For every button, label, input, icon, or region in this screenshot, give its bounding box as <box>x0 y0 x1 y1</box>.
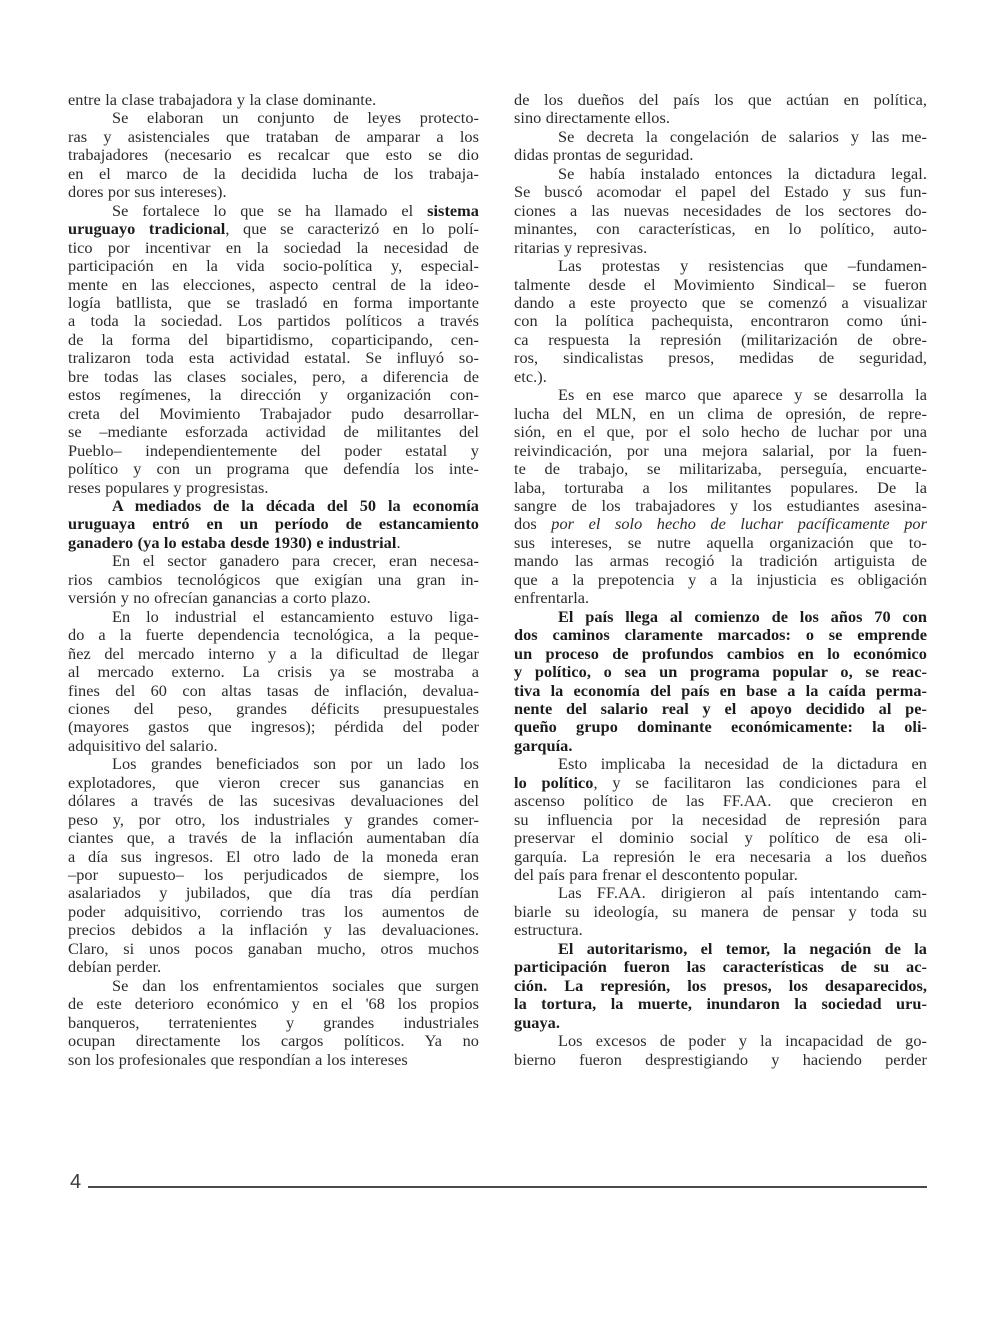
text-line: con la política pachequista, encontraron… <box>514 312 927 330</box>
text-run: lucha del MLN, en un clima de opresión, … <box>514 404 927 423</box>
right-column: de los dueños del país los que actúan en… <box>514 91 927 1069</box>
text-run: adquisitivo del salario. <box>68 736 218 755</box>
text-line: En el sector ganadero para crecer, eran … <box>68 552 479 570</box>
text-line: reses populares y progresistas. <box>68 479 479 497</box>
text-line: didas prontas de seguridad. <box>514 146 927 164</box>
text-line: ca respuesta la represión (militarizació… <box>514 331 927 349</box>
text-run: logía batllista, que se trasladó en form… <box>68 293 479 312</box>
text-run: reses populares y progresistas. <box>68 478 269 497</box>
text-run: ocupan directamente los cargos políticos… <box>68 1031 479 1050</box>
bold-text: y político, o sea un programa popular o,… <box>514 662 927 681</box>
text-line: mando las armas recogió la tradición art… <box>514 552 927 570</box>
paragraph: Se decreta la congelación de salarios y … <box>514 128 927 165</box>
text-run: estos regímenes, la dirección y organiza… <box>68 385 479 404</box>
text-run: do a la fuerte dependencia tecnológica, … <box>68 625 479 644</box>
left-column: entre la clase trabajadora y la clase do… <box>68 91 479 1069</box>
text-run: dores por sus intereses). <box>68 182 227 201</box>
text-line: ras y asistenciales que trataban de ampa… <box>68 128 479 146</box>
text-run: Se buscó acomodar el papel del Estado y … <box>514 182 927 201</box>
text-line: (mayores gastos que ingresos); pérdida d… <box>68 718 479 736</box>
text-line: político y con un programa que defendía … <box>68 460 479 478</box>
bold-text: la tortura, la muerte, inundaron la soci… <box>514 994 927 1013</box>
text-run: se –mediante esforzada actividad de mili… <box>68 422 479 441</box>
text-line: son los profesionales que respondían a l… <box>68 1051 479 1069</box>
text-run: debían perder. <box>68 957 161 976</box>
text-line: participación en la vida socio-política … <box>68 257 479 275</box>
text-run: Se decreta la congelación de salarios y … <box>558 127 927 146</box>
text-line: explotadores, que vieron crecer sus gana… <box>68 774 479 792</box>
text-line: debían perder. <box>68 958 479 976</box>
text-line: sangre de los trabajadores y los estudia… <box>514 497 927 515</box>
text-run: ciones a las nuevas necesidades de los s… <box>514 201 927 220</box>
text-run: dos <box>514 514 551 533</box>
text-line: nente del salario real y el apoyo decidi… <box>514 700 927 718</box>
text-run: creta del Movimiento Trabajador pudo des… <box>68 404 479 423</box>
text-line: dos caminos claramente marcados: o se em… <box>514 626 927 644</box>
text-line: que a la prepotencia y a la injusticia e… <box>514 571 927 589</box>
text-run: peso y, por otro, los industriales y gra… <box>68 810 479 829</box>
text-line: bre todas las clases sociales, pero, a d… <box>68 368 479 386</box>
text-line: ocupan directamente los cargos políticos… <box>68 1032 479 1050</box>
text-line: do a la fuerte dependencia tecnológica, … <box>68 626 479 644</box>
text-line: Las FF.AA. dirigieron al país intentando… <box>514 884 927 902</box>
paragraph: Se había instalado entonces la dictadura… <box>514 165 927 257</box>
bold-text: El país llega al comienzo de los años 70… <box>558 607 927 626</box>
text-run: Se dan los enfrentamientos sociales que … <box>112 976 479 995</box>
text-run: minantes, con características, en lo pol… <box>514 219 927 238</box>
italic-text: por el solo hecho de luchar pacíficament… <box>551 514 927 533</box>
text-run: . <box>396 533 400 552</box>
paragraph: En el sector ganadero para crecer, eran … <box>68 552 479 607</box>
text-line: peso y, por otro, los industriales y gra… <box>68 811 479 829</box>
text-line: estos regímenes, la dirección y organiza… <box>68 386 479 404</box>
text-run: que a la prepotencia y a la injusticia e… <box>514 570 927 589</box>
text-run: mando las armas recogió la tradición art… <box>514 551 927 570</box>
text-line: lucha del MLN, en un clima de opresión, … <box>514 405 927 423</box>
text-line: Los excesos de poder y la incapacidad de… <box>514 1032 927 1050</box>
text-line: dólares a través de las sucesivas devalu… <box>68 792 479 810</box>
text-line: ganadero (ya lo estaba desde 1930) e ind… <box>68 534 479 552</box>
text-run: ca respuesta la represión (militarizació… <box>514 330 927 349</box>
text-line: creta del Movimiento Trabajador pudo des… <box>68 405 479 423</box>
text-run: ras y asistenciales que trataban de ampa… <box>68 127 479 146</box>
text-line: en el marco de la decidida lucha de los … <box>68 165 479 183</box>
text-run: entre la clase trabajadora y la clase do… <box>68 90 376 109</box>
text-run: Los grandes beneficiados son por un lado… <box>112 754 479 773</box>
text-line: al mercado externo. La crisis ya se most… <box>68 663 479 681</box>
text-run: biarle su ideología, su manera de pensar… <box>514 902 927 921</box>
text-line: sión, en el que, por el solo hecho de lu… <box>514 423 927 441</box>
text-line: El país llega al comienzo de los años 70… <box>514 608 927 626</box>
bold-text: queño grupo dominante económicamente: la… <box>514 717 927 736</box>
text-line: y político, o sea un programa popular o,… <box>514 663 927 681</box>
bold-text: ganadero (ya lo estaba desde 1930) e ind… <box>68 533 396 552</box>
text-run: etc.). <box>514 367 547 386</box>
text-line: ciantes que, a través de la inflación au… <box>68 829 479 847</box>
text-line: dos por el solo hecho de luchar pacífica… <box>514 515 927 533</box>
bold-text: uruguayo tradicional <box>68 219 225 238</box>
text-run: –por supuesto– los perjudicados de siemp… <box>68 865 479 884</box>
text-line: entre la clase trabajadora y la clase do… <box>68 91 479 109</box>
text-line: uruguaya entró en un período de estancam… <box>68 515 479 533</box>
text-run: En lo industrial el estancamiento estuvo… <box>112 607 479 626</box>
text-run: trabajadores (necesario es recalcar que … <box>68 145 479 164</box>
text-line: garquía. <box>514 737 927 755</box>
text-line: rios cambios tecnológicos que exigían un… <box>68 571 479 589</box>
text-run: banqueros, terratenientes y grandes indu… <box>68 1013 479 1032</box>
paragraph: El país llega al comienzo de los años 70… <box>514 608 927 756</box>
text-run: ritarias y represivas. <box>514 238 647 257</box>
text-line: la tortura, la muerte, inundaron la soci… <box>514 995 927 1013</box>
text-run: ros, sindicalistas presos, medidas de se… <box>514 348 927 367</box>
text-line: Se había instalado entonces la dictadura… <box>514 165 927 183</box>
text-run: tico por incentivar en la sociedad la ne… <box>68 238 479 257</box>
text-run: , y se facilitaron las condiciones para … <box>594 773 928 792</box>
text-run: Se elaboran un conjunto de leyes protect… <box>112 108 479 127</box>
paragraph: Es en ese marco que aparece y se desarro… <box>514 386 927 607</box>
text-run: Pueblo– independientemente del poder est… <box>68 441 479 460</box>
text-line: ciones a las nuevas necesidades de los s… <box>514 202 927 220</box>
text-line: minantes, con características, en lo pol… <box>514 220 927 238</box>
paragraph: Las FF.AA. dirigieron al país intentando… <box>514 884 927 939</box>
text-line: uruguayo tradicional, que se caracterizó… <box>68 220 479 238</box>
text-run: dólares a través de las sucesivas devalu… <box>68 791 479 810</box>
text-run: En el sector ganadero para crecer, eran … <box>112 551 479 570</box>
text-run: de los dueños del país los que actúan en… <box>514 90 927 109</box>
text-line: ritarias y represivas. <box>514 239 927 257</box>
text-run: bierno fueron desprestigiando y haciendo… <box>514 1050 927 1069</box>
text-line: A mediados de la década del 50 la econom… <box>68 497 479 515</box>
text-run: de este deterioro económico y en el '68 … <box>68 994 479 1013</box>
text-line: precios debidos a la inflación y las dev… <box>68 921 479 939</box>
text-line: lo político, y se facilitaron las condic… <box>514 774 927 792</box>
page-number: 4 <box>70 1171 81 1194</box>
text-run: preservar el dominio social y político d… <box>514 828 927 847</box>
text-line: banqueros, terratenientes y grandes indu… <box>68 1014 479 1032</box>
paragraph: Se fortalece lo que se ha llamado el sis… <box>68 202 479 497</box>
text-run: con la política pachequista, encontraron… <box>514 311 927 330</box>
text-run: reivindicación, por una mejora salarial,… <box>514 441 927 460</box>
text-run: Se había instalado entonces la dictadura… <box>558 164 927 183</box>
text-line: tiva la economía del país en base a la c… <box>514 682 927 700</box>
text-run: Las protestas y resistencias que –fundam… <box>558 256 927 275</box>
text-run: Esto implicaba la necesidad de la dictad… <box>558 754 927 773</box>
text-line: un proceso de profundos cambios en lo ec… <box>514 645 927 663</box>
text-line: ñez del mercado interno y a la dificulta… <box>68 645 479 663</box>
text-run: rios cambios tecnológicos que exigían un… <box>68 570 479 589</box>
text-line: trabajadores (necesario es recalcar que … <box>68 146 479 164</box>
text-line: preservar el dominio social y político d… <box>514 829 927 847</box>
text-line: ción. La represión, los presos, los desa… <box>514 977 927 995</box>
text-run: sangre de los trabajadores y los estudia… <box>514 496 927 515</box>
bold-text: nente del salario real y el apoyo decidi… <box>514 699 927 718</box>
paragraph: El autoritarismo, el temor, la negación … <box>514 940 927 1032</box>
text-line: biarle su ideología, su manera de pensar… <box>514 903 927 921</box>
bold-text: sistema <box>427 201 479 220</box>
text-run: Claro, si unos pocos ganaban mucho, otro… <box>68 939 479 958</box>
text-run: versión y no ofrecían ganancias a corto … <box>68 588 371 607</box>
text-run: a toda la sociedad. Los partidos polític… <box>68 311 479 330</box>
text-line: a toda la sociedad. Los partidos polític… <box>68 312 479 330</box>
text-line: sus intereses, se nutre aquella organiza… <box>514 534 927 552</box>
text-line: Los grandes beneficiados son por un lado… <box>68 755 479 773</box>
text-run: de la forma del bipartidismo, coparticip… <box>68 330 479 349</box>
text-line: mente en las elecciones, aspecto central… <box>68 276 479 294</box>
text-line: Se decreta la congelación de salarios y … <box>514 128 927 146</box>
bold-text: un proceso de profundos cambios en lo ec… <box>514 644 927 663</box>
text-run: Los excesos de poder y la incapacidad de… <box>558 1031 927 1050</box>
text-run: explotadores, que vieron crecer sus gana… <box>68 773 479 792</box>
text-line: poder adquisitivo, corriendo tras los au… <box>68 903 479 921</box>
text-run: fines del 60 con altas tasas de inflació… <box>68 681 479 700</box>
bold-text: dos caminos claramente marcados: o se em… <box>514 625 927 644</box>
text-line: estructura. <box>514 921 927 939</box>
text-run: mente en las elecciones, aspecto central… <box>68 275 479 294</box>
text-line: ciones del peso, grandes déficits presup… <box>68 700 479 718</box>
text-line: guaya. <box>514 1014 927 1032</box>
text-run: a día sus ingresos. El otro lado de la m… <box>68 847 479 866</box>
text-run: asalariados y jubilados, que día tras dí… <box>68 883 479 902</box>
text-run: del país para frenar el descontento popu… <box>514 865 798 884</box>
text-line: dando a este proyecto que se comenzó a v… <box>514 294 927 312</box>
text-run: sus intereses, se nutre aquella organiza… <box>514 533 927 552</box>
text-run: en el marco de la decidida lucha de los … <box>68 164 479 183</box>
text-run: ciantes que, a través de la inflación au… <box>68 828 479 847</box>
bold-text: garquía. <box>514 736 572 755</box>
text-line: Claro, si unos pocos ganaban mucho, otro… <box>68 940 479 958</box>
text-line: su influencia por la necesidad de repres… <box>514 811 927 829</box>
bold-text: tiva la economía del país en base a la c… <box>514 681 927 700</box>
text-line: En lo industrial el estancamiento estuvo… <box>68 608 479 626</box>
text-run: son los profesionales que respondían a l… <box>68 1050 408 1069</box>
bold-text: uruguaya entró en un período de estancam… <box>68 514 479 533</box>
text-line: de este deterioro económico y en el '68 … <box>68 995 479 1013</box>
text-run: su influencia por la necesidad de repres… <box>514 810 927 829</box>
text-line: El autoritarismo, el temor, la negación … <box>514 940 927 958</box>
text-line: garquía. La represión le era necesaria a… <box>514 848 927 866</box>
text-line: reivindicación, por una mejora salarial,… <box>514 442 927 460</box>
text-run: laba, torturaba a los militantes popular… <box>514 478 927 497</box>
text-line: Pueblo– independientemente del poder est… <box>68 442 479 460</box>
text-run: ascenso político de las FF.AA. que creci… <box>514 791 927 810</box>
bold-text: guaya. <box>514 1013 560 1032</box>
text-run: sión, en el que, por el solo hecho de lu… <box>514 422 927 441</box>
document-page: entre la clase trabajadora y la clase do… <box>0 0 981 1342</box>
paragraph: Los excesos de poder y la incapacidad de… <box>514 1032 927 1069</box>
text-line: talmente desde el Movimiento Sindical– s… <box>514 276 927 294</box>
text-line: tralizaron toda esta actividad estatal. … <box>68 349 479 367</box>
text-run: ñez del mercado interno y a la dificulta… <box>68 644 479 663</box>
paragraph: Esto implicaba la necesidad de la dictad… <box>514 755 927 884</box>
text-run: estructura. <box>514 920 583 939</box>
text-line: queño grupo dominante económicamente: la… <box>514 718 927 736</box>
paragraph: Los grandes beneficiados son por un lado… <box>68 755 479 976</box>
bold-text: participación fueron las características… <box>514 957 927 976</box>
text-line: bierno fueron desprestigiando y haciendo… <box>514 1051 927 1069</box>
text-run: te de trabajo, se militarizaba, perseguí… <box>514 459 927 478</box>
paragraph: Se elaboran un conjunto de leyes protect… <box>68 109 479 201</box>
text-run: Es en ese marco que aparece y se desarro… <box>558 385 927 404</box>
text-line: Las protestas y resistencias que –fundam… <box>514 257 927 275</box>
text-line: etc.). <box>514 368 927 386</box>
text-run: garquía. La represión le era necesaria a… <box>514 847 927 866</box>
text-line: Esto implicaba la necesidad de la dictad… <box>514 755 927 773</box>
text-line: te de trabajo, se militarizaba, perseguí… <box>514 460 927 478</box>
text-run: tralizaron toda esta actividad estatal. … <box>68 348 479 367</box>
text-line: de la forma del bipartidismo, coparticip… <box>68 331 479 349</box>
text-run: , que se caracterizó en lo polí- <box>225 219 479 238</box>
text-run: bre todas las clases sociales, pero, a d… <box>68 367 479 386</box>
text-line: del país para frenar el descontento popu… <box>514 866 927 884</box>
bold-text: El autoritarismo, el temor, la negación … <box>558 939 927 958</box>
text-line: versión y no ofrecían ganancias a corto … <box>68 589 479 607</box>
text-run: talmente desde el Movimiento Sindical– s… <box>514 275 927 294</box>
text-run: enfrentarla. <box>514 588 589 607</box>
text-run: ciones del peso, grandes déficits presup… <box>68 699 479 718</box>
text-line: Se fortalece lo que se ha llamado el sis… <box>68 202 479 220</box>
bold-text: lo político <box>514 773 594 792</box>
text-run: poder adquisitivo, corriendo tras los au… <box>68 902 479 921</box>
paragraph: de los dueños del país los que actúan en… <box>514 91 927 128</box>
text-line: dores por sus intereses). <box>68 183 479 201</box>
text-line: se –mediante esforzada actividad de mili… <box>68 423 479 441</box>
text-line: Se dan los enfrentamientos sociales que … <box>68 977 479 995</box>
text-line: ascenso político de las FF.AA. que creci… <box>514 792 927 810</box>
paragraph: Se dan los enfrentamientos sociales que … <box>68 977 479 1069</box>
text-line: laba, torturaba a los militantes popular… <box>514 479 927 497</box>
text-line: –por supuesto– los perjudicados de siemp… <box>68 866 479 884</box>
text-run: Se fortalece lo que se ha llamado el <box>112 201 427 220</box>
text-run: Las FF.AA. dirigieron al país intentando… <box>558 883 927 902</box>
text-line: adquisitivo del salario. <box>68 737 479 755</box>
text-line: enfrentarla. <box>514 589 927 607</box>
text-run: dando a este proyecto que se comenzó a v… <box>514 293 927 312</box>
paragraph: A mediados de la década del 50 la econom… <box>68 497 479 552</box>
paragraph: entre la clase trabajadora y la clase do… <box>68 91 479 109</box>
text-run: (mayores gastos que ingresos); pérdida d… <box>68 717 479 736</box>
text-line: Se buscó acomodar el papel del Estado y … <box>514 183 927 201</box>
text-line: Se elaboran un conjunto de leyes protect… <box>68 109 479 127</box>
text-run: al mercado externo. La crisis ya se most… <box>68 662 479 681</box>
text-line: asalariados y jubilados, que día tras dí… <box>68 884 479 902</box>
text-line: ros, sindicalistas presos, medidas de se… <box>514 349 927 367</box>
text-run: precios debidos a la inflación y las dev… <box>68 920 479 939</box>
paragraph: En lo industrial el estancamiento estuvo… <box>68 608 479 756</box>
text-line: tico por incentivar en la sociedad la ne… <box>68 239 479 257</box>
text-line: de los dueños del país los que actúan en… <box>514 91 927 109</box>
bold-text: ción. La represión, los presos, los desa… <box>514 976 927 995</box>
text-run: participación en la vida socio-política … <box>68 256 479 275</box>
paragraph: Las protestas y resistencias que –fundam… <box>514 257 927 386</box>
bold-text: A mediados de la década del 50 la econom… <box>112 496 479 515</box>
text-line: a día sus ingresos. El otro lado de la m… <box>68 848 479 866</box>
footer-rule <box>88 1186 927 1188</box>
text-run: político y con un programa que defendía … <box>68 459 479 478</box>
text-run: sino directamente ellos. <box>514 108 670 127</box>
text-line: logía batllista, que se trasladó en form… <box>68 294 479 312</box>
text-line: participación fueron las características… <box>514 958 927 976</box>
text-line: sino directamente ellos. <box>514 109 927 127</box>
text-line: fines del 60 con altas tasas de inflació… <box>68 682 479 700</box>
text-line: Es en ese marco que aparece y se desarro… <box>514 386 927 404</box>
text-run: didas prontas de seguridad. <box>514 145 694 164</box>
